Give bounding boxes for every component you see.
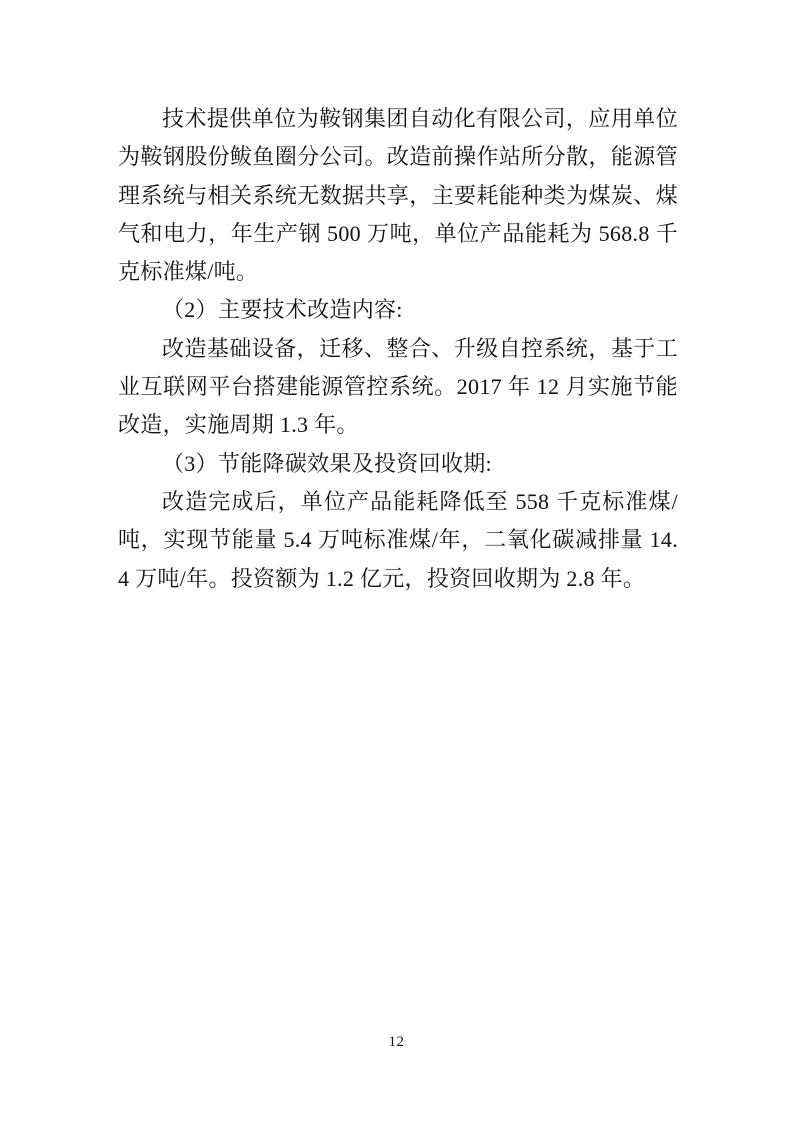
page-footer: 12 (0, 1033, 793, 1051)
page-number: 12 (389, 1034, 405, 1050)
section-heading-2: （2）主要技术改造内容: (118, 291, 678, 329)
section-heading-3: （3）节能降碳效果及投资回收期: (118, 445, 678, 483)
document-body: 技术提供单位为鞍钢集团自动化有限公司，应用单位为鞍钢股份鲅鱼圈分公司。改造前操作… (118, 100, 678, 598)
paragraph-retrofit-content: 改造基础设备，迁移、整合、升级自控系统，基于工业互联网平台搭建能源管控系统。20… (118, 330, 678, 445)
document-page: 技术提供单位为鞍钢集团自动化有限公司，应用单位为鞍钢股份鲅鱼圈分公司。改造前操作… (0, 0, 793, 1123)
paragraph-results: 改造完成后，单位产品能耗降低至 558 千克标准煤/吨，实现节能量 5.4 万吨… (118, 483, 678, 598)
paragraph-intro: 技术提供单位为鞍钢集团自动化有限公司，应用单位为鞍钢股份鲅鱼圈分公司。改造前操作… (118, 100, 678, 291)
